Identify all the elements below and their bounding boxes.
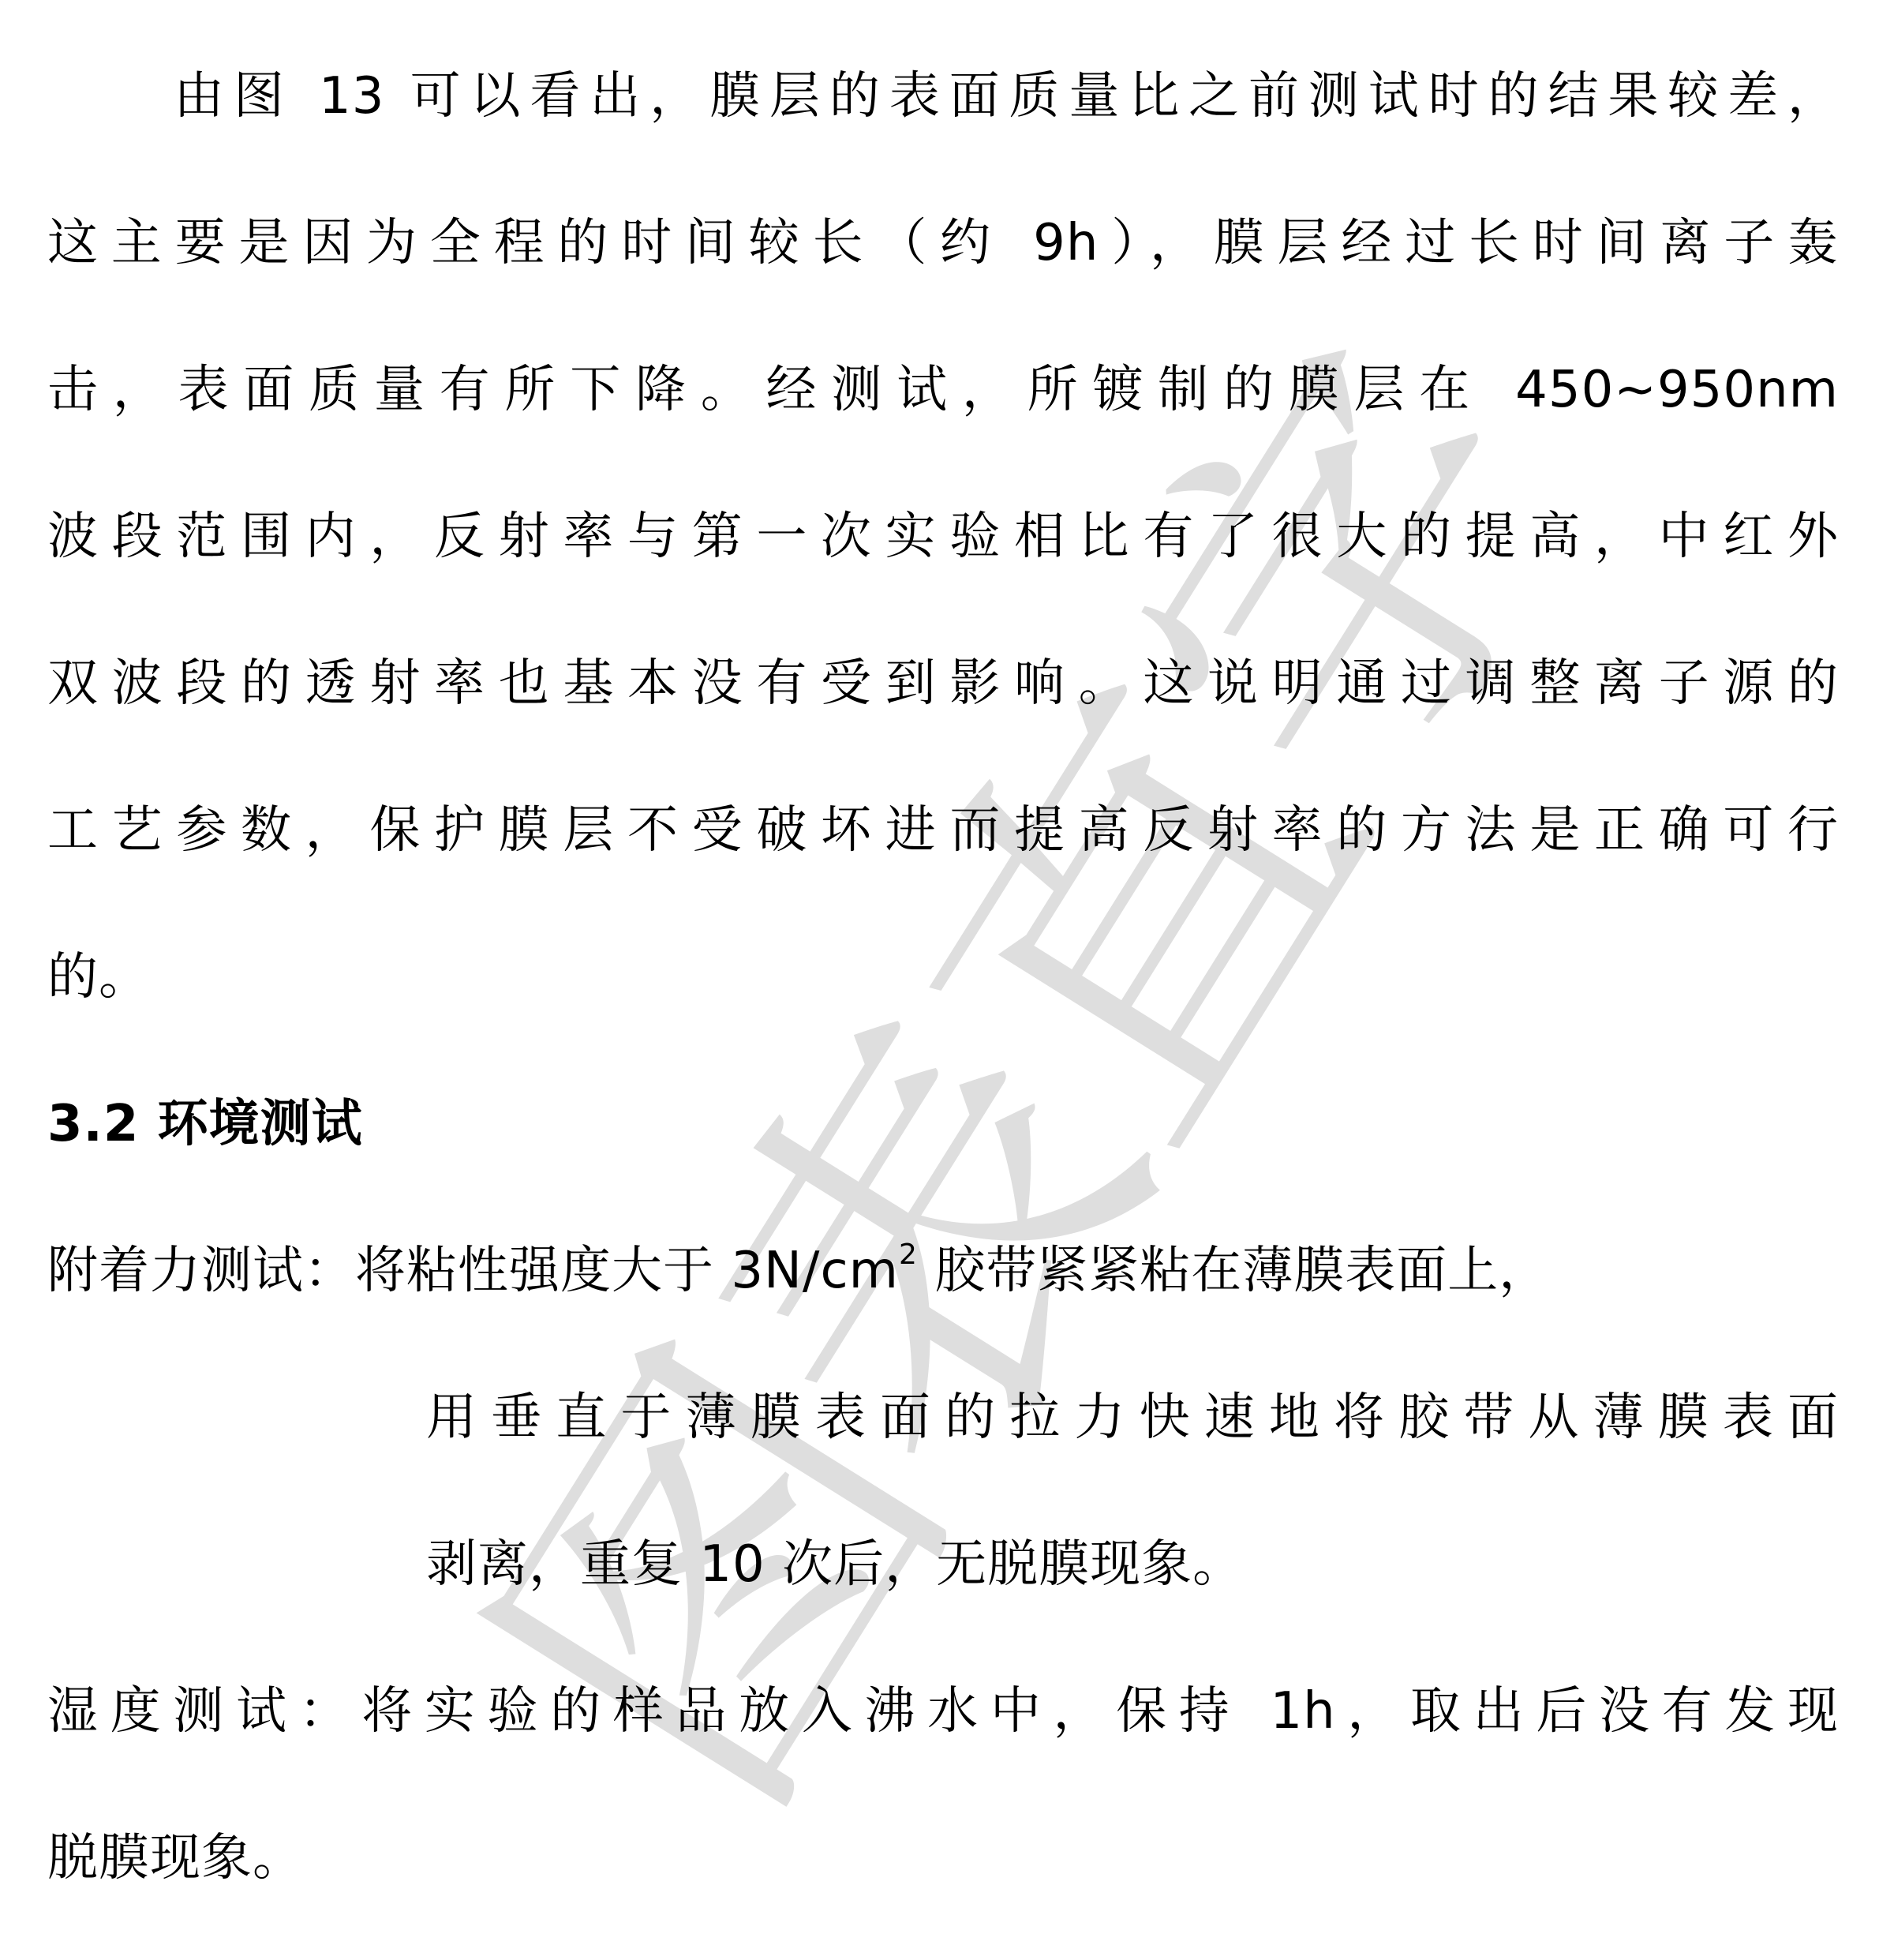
adhesion-test-line1: 附着力测试：将粘性强度大于 3N/cm2 胶带紧紧粘在薄膜表面上，: [47, 1239, 1550, 1302]
paragraph-line: 双波段的透射率也基本没有受到影响。这说明通过调整离子源的: [47, 652, 1839, 715]
paragraph-line: 击，表面质量有所下降。经测试，所镀制的膜层在 450~950nm: [47, 358, 1839, 422]
paragraph-line: 波段范围内，反射率与第一次实验相比有了很大的提高，中红外: [47, 505, 1839, 568]
adhesion-test-line2: 用垂直于薄膜表面的拉力快速地将胶带从薄膜表面: [426, 1386, 1839, 1449]
paragraph-line: 由图 13 可以看出，膜层的表面质量比之前测试时的结果较差，: [174, 65, 1839, 128]
humidity-test-line1: 湿度测试：将实验的样品放入沸水中，保持 1h，取出后没有发现: [47, 1680, 1839, 1743]
adhesion-test-label: 附着力测试：: [47, 1242, 355, 1300]
paragraph-line: 工艺参数，保护膜层不受破坏进而提高反射率的方法是正确可行: [47, 799, 1839, 862]
section-heading: 3.2 环境测试: [47, 1092, 363, 1156]
humidity-test-line2: 脱膜现象。: [47, 1827, 304, 1890]
adhesion-test-line3: 剥离，重复 10 次后，无脱膜现象。: [426, 1533, 1244, 1596]
paragraph-line: 的。: [47, 946, 150, 1009]
paragraph-line: 这主要是因为全程的时间较长（约 9h），膜层经过长时间离子轰: [47, 212, 1839, 275]
adhesion-text: 将粘性强度大于 3N/cm: [355, 1242, 899, 1300]
superscript: 2: [899, 1239, 918, 1271]
adhesion-text: 胶带紧紧粘在薄膜表面上，: [918, 1242, 1550, 1300]
document-page: 图表直字 由图 13 可以看出，膜层的表面质量比之前测试时的结果较差， 这主要是…: [0, 0, 1879, 1960]
